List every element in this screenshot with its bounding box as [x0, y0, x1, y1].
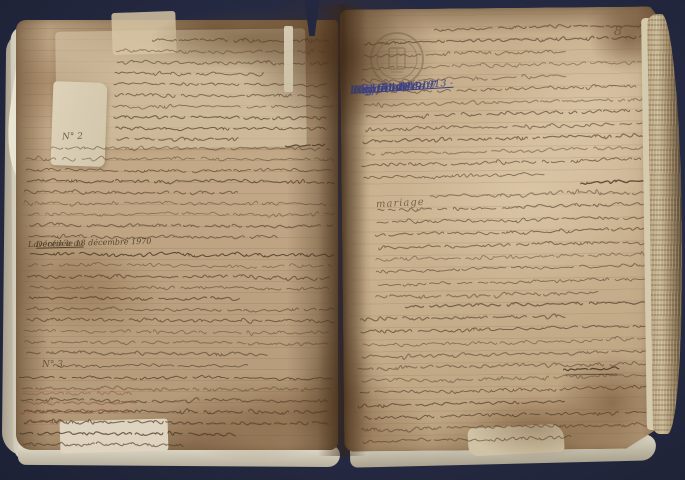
- handwriting-line: [580, 173, 651, 191]
- gutter-shadow: [318, 4, 366, 456]
- handwriting-line: [563, 361, 619, 378]
- register-book-scan: N° 2 N° 3 Décédée au Laventie le 18 déce…: [0, 0, 685, 480]
- handwriting-block: [23, 246, 336, 374]
- handwriting-line: [363, 166, 544, 186]
- binding-tape: [284, 26, 293, 92]
- entry-number: N° 2: [62, 132, 83, 143]
- page-number: 8: [613, 24, 622, 40]
- handwriting-line: [23, 436, 184, 453]
- handwriting-block: [578, 173, 651, 192]
- handwriting-line: [26, 413, 63, 429]
- handwriting-block: [356, 294, 659, 462]
- handwriting-block: [562, 360, 626, 378]
- handwriting-block: [20, 385, 138, 438]
- entry-number: N° 3: [42, 360, 63, 370]
- handwriting-line: [363, 430, 578, 450]
